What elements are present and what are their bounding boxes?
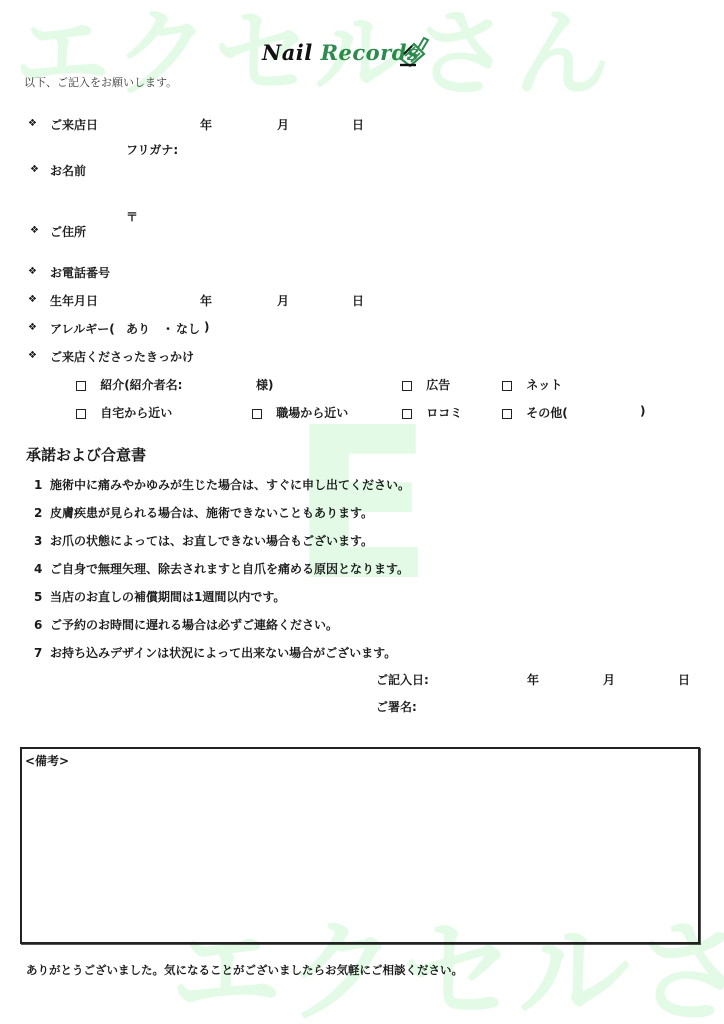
visit-date-label: ご来店日 <box>50 116 98 133</box>
address-label: ご住所 <box>50 223 86 240</box>
checkbox[interactable] <box>402 409 412 419</box>
agreement-rule: 2皮膚疾患が見られる場合は、施術できないこともあります。 <box>34 504 373 521</box>
agreement-rule: 3お爪の状態によっては、お直しできない場合もございます。 <box>34 532 373 549</box>
signature-label: ご署名: <box>376 698 417 715</box>
furigana-label: フリガナ: <box>126 141 178 158</box>
checkbox[interactable] <box>252 409 262 419</box>
option-referral[interactable]: 紹介(紹介者名: <box>76 376 182 393</box>
agreement-rule: 4ご自身で無理矢理、除去されますと自爪を痛める原因となります。 <box>34 560 409 577</box>
checkbox[interactable] <box>502 409 512 419</box>
bullet-icon: ❖ <box>30 225 39 236</box>
bullet-icon: ❖ <box>28 294 37 305</box>
allergy-no-option[interactable]: なし <box>176 320 200 337</box>
option-ad-label: 広告 <box>426 378 450 392</box>
allergy-close-paren: ) <box>204 320 209 334</box>
intro-text: 以下、ご記入をお願いします。 <box>24 74 177 90</box>
agreement-rule: 5当店のお直しの補償期間は1週間以内です。 <box>34 588 285 605</box>
option-net[interactable]: ネット <box>502 376 562 393</box>
birth-day-unit: 日 <box>352 292 364 309</box>
checkbox[interactable] <box>76 409 86 419</box>
trigger-label: ご来店くださったきっかけ <box>50 348 194 365</box>
referral-suffix: 様) <box>256 376 274 393</box>
allergy-yes-option[interactable]: あり <box>126 320 150 337</box>
agreement-title: 承諾および合意書 <box>26 444 146 465</box>
entry-day-unit: 日 <box>678 671 690 688</box>
option-word-of-mouth[interactable]: ロコミ <box>402 404 462 421</box>
bullet-icon: ❖ <box>30 164 39 175</box>
checkbox[interactable] <box>76 381 86 391</box>
form-page: Nail Records 以下、ご記入をお願いします。 ❖ ご来店日 年 月 日… <box>0 0 724 1024</box>
visit-day-unit: 日 <box>352 116 364 133</box>
entry-year-unit: 年 <box>527 671 539 688</box>
option-near-work-label: 職場から近い <box>276 406 348 420</box>
birth-month-unit: 月 <box>277 292 289 309</box>
option-near-work[interactable]: 職場から近い <box>252 404 348 421</box>
entry-date-label: ご記入日: <box>376 671 429 688</box>
remarks-box[interactable]: <備考> <box>20 747 700 944</box>
option-near-home[interactable]: 自宅から近い <box>76 404 172 421</box>
bullet-icon: ❖ <box>28 322 37 333</box>
entry-month-unit: 月 <box>603 671 615 688</box>
option-other-label: その他( <box>526 406 568 420</box>
visit-month-unit: 月 <box>277 116 289 133</box>
allergy-label: アレルギー( <box>50 320 115 337</box>
remarks-label: <備考> <box>25 752 69 769</box>
option-ad[interactable]: 広告 <box>402 376 450 393</box>
agreement-rule: 6ご予約のお時間に遅れる場合は必ずご連絡ください。 <box>34 616 338 633</box>
bullet-icon: ❖ <box>28 350 37 361</box>
thanks-message: ありがとうございました。気になることがございましたらお気軽にご相談ください。 <box>26 962 463 978</box>
agreement-rule: 7お持ち込みデザインは状況によって出来ない場合がございます。 <box>34 644 396 661</box>
checkbox[interactable] <box>502 381 512 391</box>
option-net-label: ネット <box>526 378 562 392</box>
birth-year-unit: 年 <box>200 292 212 309</box>
option-other[interactable]: その他( <box>502 404 568 421</box>
pen-nail-icon <box>396 34 430 68</box>
option-word-of-mouth-label: ロコミ <box>426 406 462 420</box>
name-label: お名前 <box>50 162 86 179</box>
bullet-icon: ❖ <box>28 118 37 129</box>
postal-mark: 〒 <box>126 208 138 225</box>
visit-year-unit: 年 <box>200 116 212 133</box>
agreement-rule: 1施術中に痛みやかゆみが生じた場合は、すぐに申し出てください。 <box>34 476 410 493</box>
phone-label: お電話番号 <box>50 264 110 281</box>
checkbox[interactable] <box>402 381 412 391</box>
birthday-label: 生年月日 <box>50 292 98 309</box>
allergy-separator: ・ <box>162 320 174 337</box>
option-near-home-label: 自宅から近い <box>100 406 172 420</box>
option-referral-label: 紹介(紹介者名: <box>100 378 182 392</box>
other-close-paren: ) <box>640 404 645 418</box>
bullet-icon: ❖ <box>28 266 37 277</box>
logo-word-nail: Nail <box>262 40 321 65</box>
